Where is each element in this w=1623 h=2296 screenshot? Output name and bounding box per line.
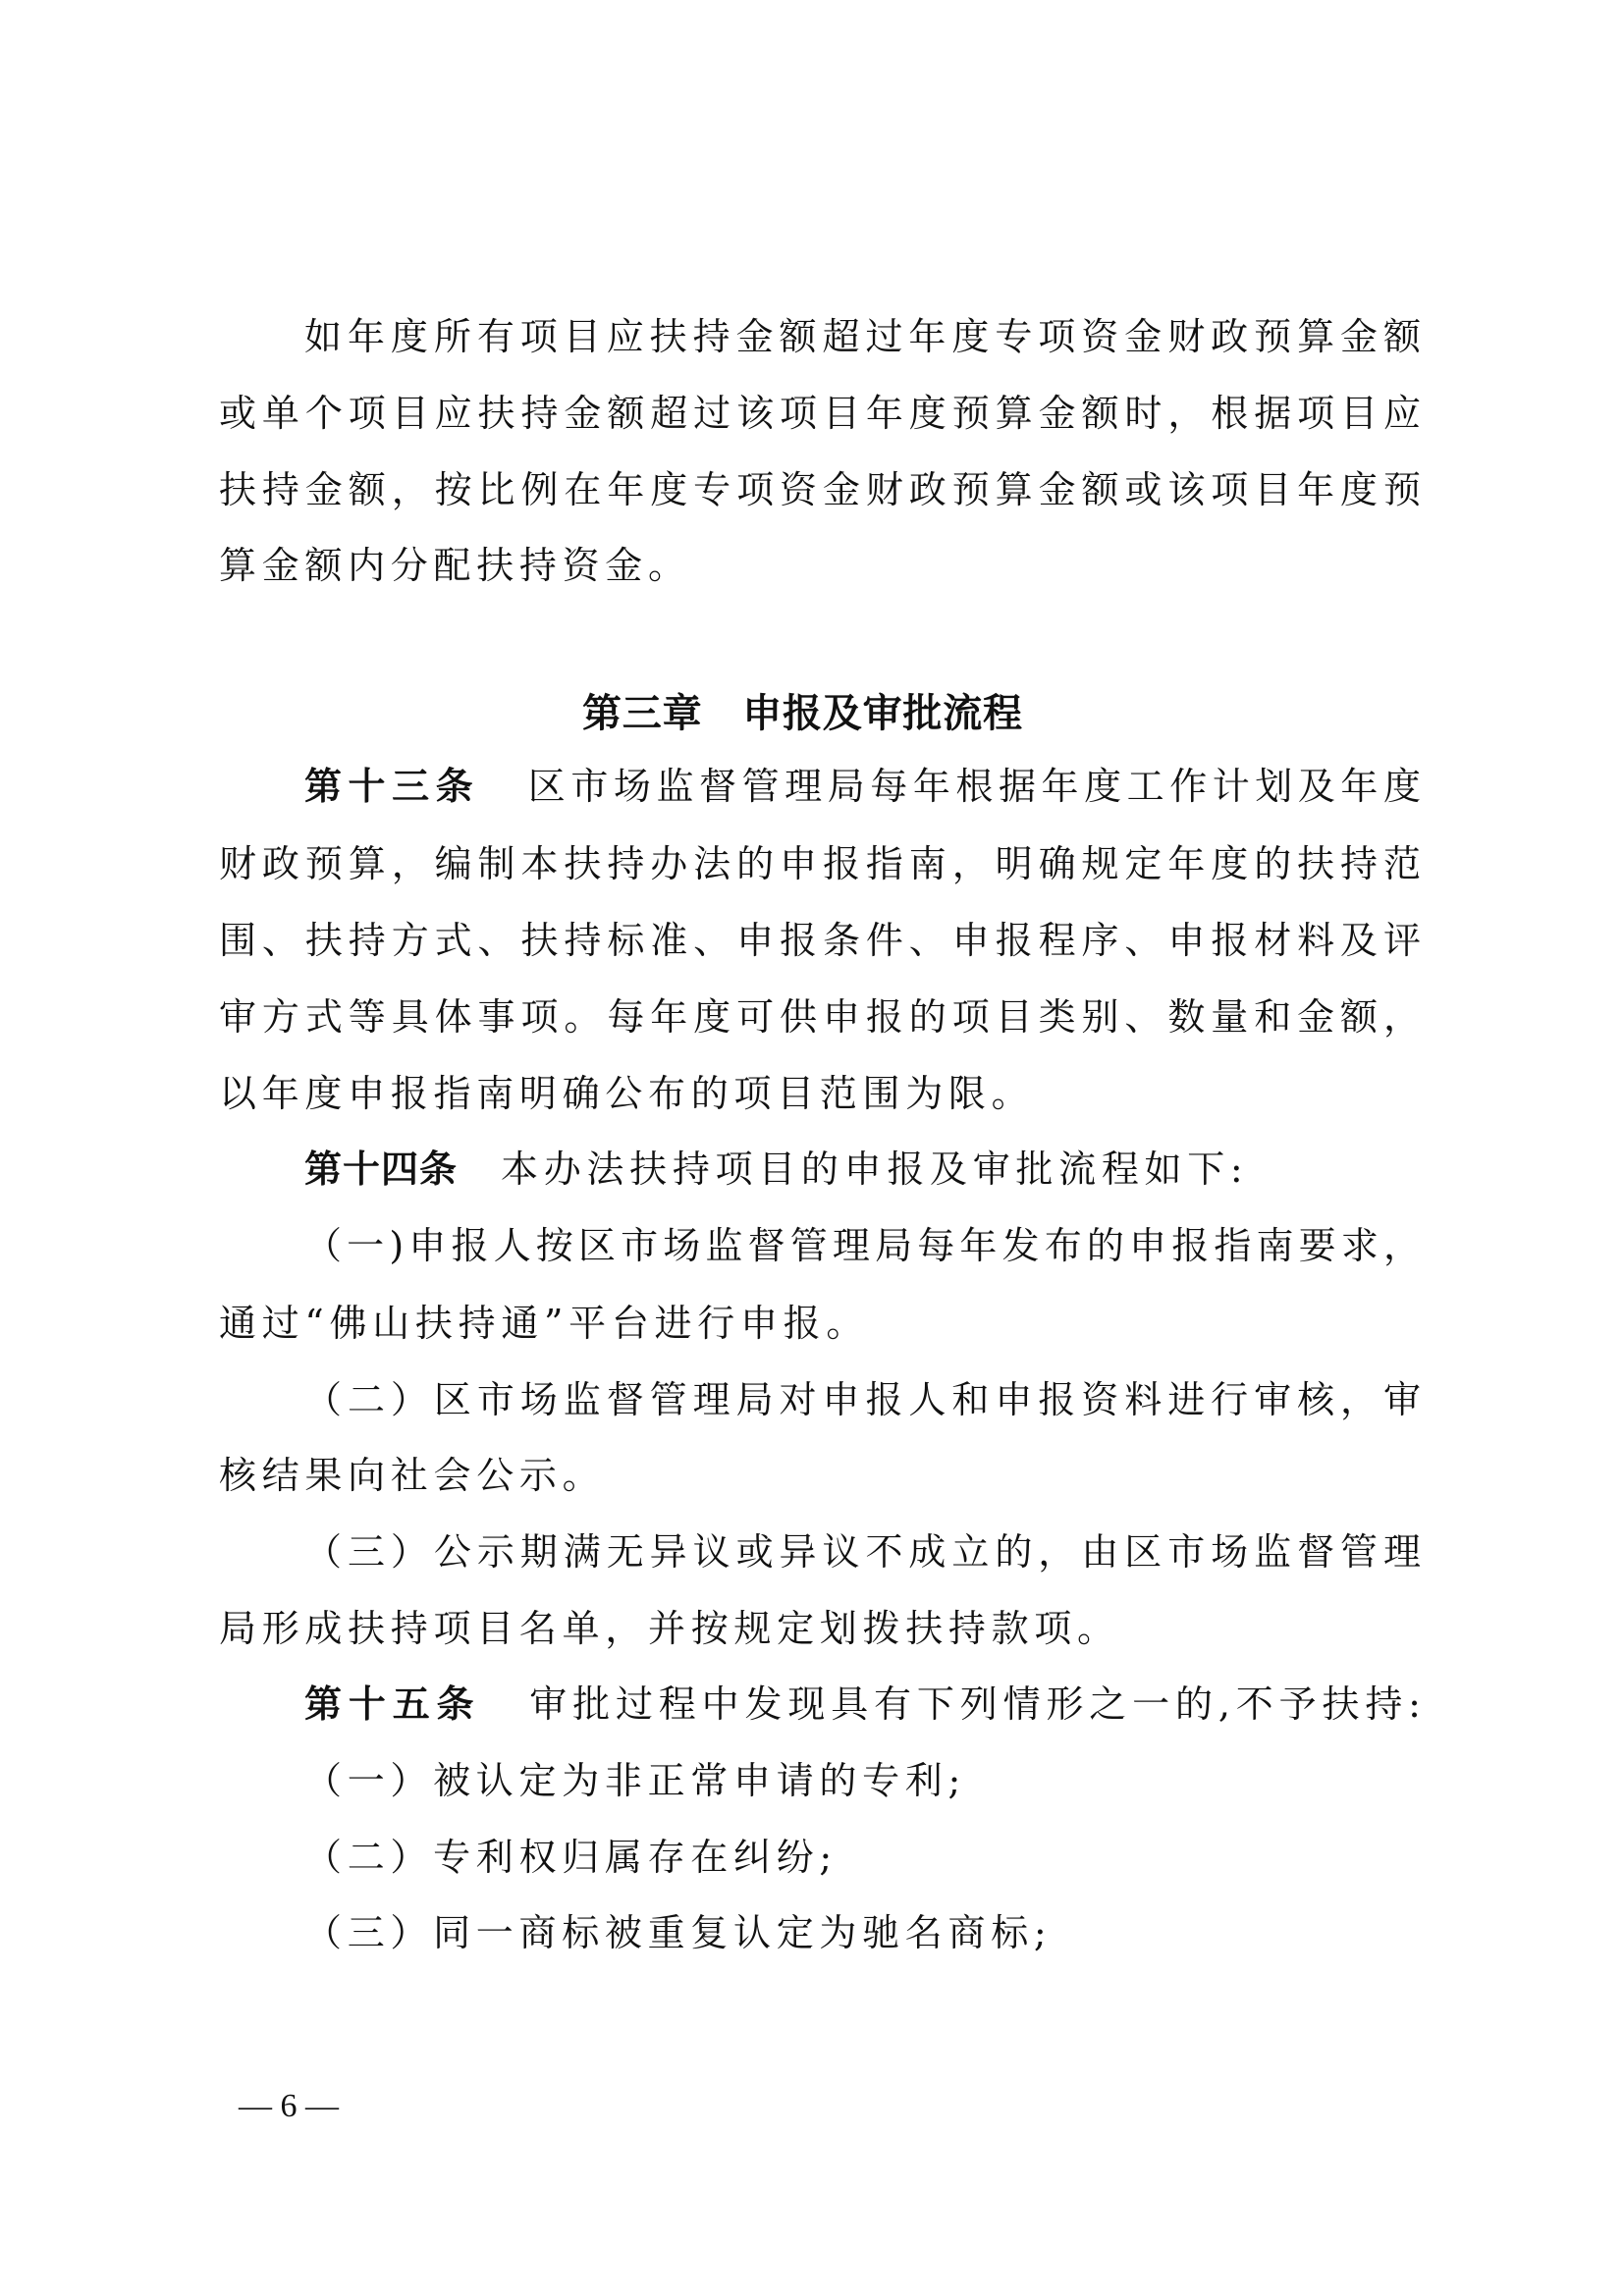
- list-item-line: 通过“佛山扶持通”平台进行申报。: [219, 1302, 1421, 1345]
- article-text: 审批过程中发现具有下列情形之一的,不予扶持:: [523, 1682, 1421, 1726]
- chapter-heading: 第三章 申报及审批流程: [582, 691, 1022, 736]
- list-item-line: （二）专利权归属存在纠纷;: [219, 1836, 1421, 1879]
- list-item-line: （一）被认定为非正常申请的专利;: [219, 1759, 1421, 1802]
- paragraph-line: 财政预算，编制本扶持办法的申报指南，明确规定年度的扶持范: [219, 842, 1421, 885]
- document-page: 如年度所有项目应扶持金额超过年度专项资金财政预算金额 或单个项目应扶持金额超过该…: [0, 0, 1623, 2296]
- paragraph-line: 围、扶持方式、扶持标准、申报条件、申报程序、申报材料及评: [219, 919, 1421, 962]
- list-item-line: （三）公示期满无异议或异议不成立的，由区市场监督管理: [219, 1530, 1421, 1574]
- article-14-first-line: 第十四条本办法扶持项目的申报及审批流程如下:: [219, 1148, 1421, 1191]
- paragraph-line: 以年度申报指南明确公布的项目范围为限。: [219, 1072, 1421, 1115]
- paragraph-line: 扶持金额，按比例在年度专项资金财政预算金额或该项目年度预: [219, 468, 1421, 511]
- list-item-line: （二）区市场监督管理局对申报人和申报资料进行审核，审: [219, 1378, 1421, 1421]
- paragraph-line: 算金额内分配扶持资金。: [219, 544, 1421, 587]
- list-item-line: 局形成扶持项目名单，并按规定划拨扶持款项。: [219, 1607, 1421, 1650]
- list-item-line: （三）同一商标被重复认定为驰名商标;: [219, 1911, 1421, 1954]
- list-item-line: 核结果向社会公示。: [219, 1454, 1421, 1497]
- article-label: 第十三条: [304, 765, 479, 808]
- list-item-line: （一)申报人按区市场监督管理局每年发布的申报指南要求，: [219, 1224, 1421, 1267]
- article-label: 第十四条: [304, 1148, 458, 1191]
- paragraph-line: 审方式等具体事项。每年度可供申报的项目类别、数量和金额，: [219, 995, 1421, 1039]
- article-label: 第十五条: [304, 1682, 480, 1726]
- article-15-first-line: 第十五条审批过程中发现具有下列情形之一的,不予扶持:: [219, 1682, 1421, 1726]
- paragraph-line: 或单个项目应扶持金额超过该项目年度预算金额时，根据项目应: [219, 392, 1421, 435]
- article-text: 区市场监督管理局每年根据年度工作计划及年度: [522, 765, 1421, 808]
- paragraph-line: 如年度所有项目应扶持金额超过年度专项资金财政预算金额: [219, 315, 1421, 358]
- article-text: 本办法扶持项目的申报及审批流程如下:: [501, 1148, 1248, 1191]
- page-number: — 6 —: [239, 2087, 339, 2126]
- article-13-first-line: 第十三条区市场监督管理局每年根据年度工作计划及年度: [219, 765, 1421, 808]
